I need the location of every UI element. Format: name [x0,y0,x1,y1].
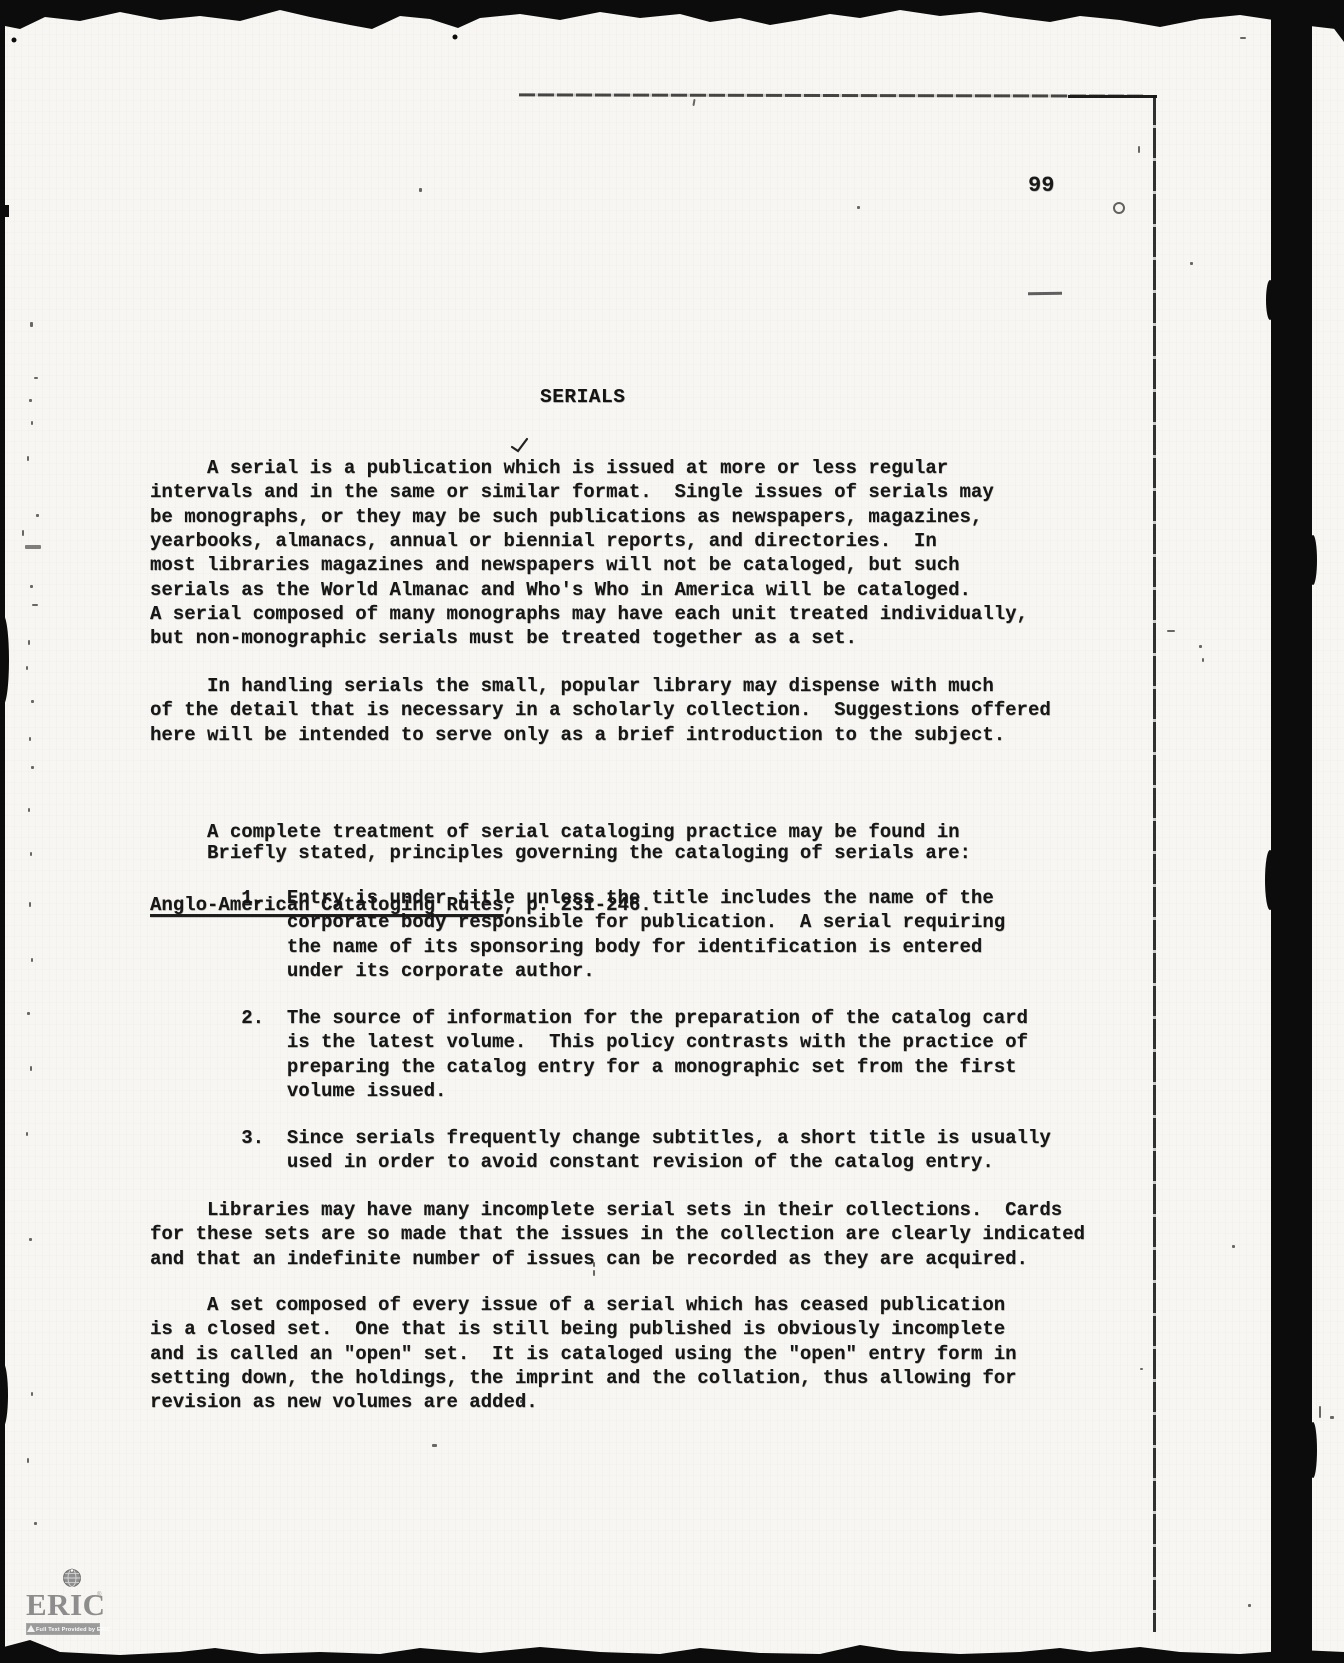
page-title: SERIALS [540,385,625,409]
scan-speck [432,1444,437,1447]
right-black-strip [1265,0,1344,1663]
scan-horizontal-line [519,93,1157,97]
scan-speck [28,808,30,812]
scan-speck [1167,630,1175,632]
scan-speck [593,1270,595,1276]
scan-speck [30,852,32,856]
scan-speck [1202,658,1204,662]
scan-dash-mark [1028,292,1062,296]
paragraph-handling: In handling serials the small, popular l… [150,674,1051,747]
scan-speck [36,514,39,517]
scan-speck [1240,37,1246,39]
scan-speck [29,1238,32,1241]
list-item-2: 2. The source of information for the pre… [150,1006,1028,1103]
scan-speck [22,530,24,536]
scan-speck [593,1262,595,1267]
scan-speck [30,585,33,588]
scan-speck [27,456,29,461]
eric-banner-triangle-icon [27,1625,35,1632]
eric-tagline-text: Full Text Provided by ERIC [36,1626,111,1632]
scan-speck [30,322,33,327]
scan-speck [857,206,860,209]
scan-speck [31,700,34,703]
scan-speck [31,766,34,769]
scan-speck [1190,262,1193,265]
scan-speck [30,1066,32,1071]
scan-speck [1330,1416,1334,1419]
eric-globe-icon [62,1568,82,1588]
check-squiggle-mark [512,439,527,451]
scan-speck [520,1400,523,1403]
eric-logo: ERIC ® Full Text Provided by ERIC [26,1566,112,1638]
paragraph-incomplete-sets: Libraries may have many incomplete seria… [150,1198,1085,1271]
scan-speck [28,640,30,645]
scan-ring-mark [1113,202,1125,214]
scan-speck [34,377,38,379]
scan-speck [1140,1368,1143,1370]
scan-horizontal-line-dark-segment [1068,95,1157,98]
scan-speck [31,421,33,425]
eric-wordmark: ERIC [26,1590,106,1620]
scan-speck [26,1132,28,1136]
scan-speck [29,737,31,741]
list-item-3: 3. Since serials frequently change subti… [150,1126,1051,1175]
scan-speck [1138,146,1140,153]
scan-speck [27,1012,30,1015]
scan-speck [25,545,41,549]
paragraph-intro: A serial is a publication which is issue… [150,456,1028,651]
page-number: 99 [1028,173,1054,198]
scan-speck [26,666,28,670]
scan-speck [27,1458,29,1463]
left-edge-bar [0,0,9,1663]
scan-speck [1199,645,1202,648]
eric-trademark-mark: ® [97,1592,101,1598]
eric-tagline-banner: Full Text Provided by ERIC [26,1623,100,1635]
scan-speck [32,604,38,606]
scan-speck [419,188,422,192]
scan-speck [1232,1245,1235,1248]
torn-edge-bottom [0,1640,1344,1663]
scan-speck [692,99,695,106]
paragraph-principles: Briefly stated, principles governing the… [150,841,971,865]
scan-speck [31,1392,33,1396]
scan-speck [1319,1406,1321,1418]
scan-speck [1248,1604,1251,1607]
torn-edge-top [0,0,1344,43]
scan-speck [29,902,31,907]
scan-vertical-line [1153,95,1156,1632]
scan-speck [31,958,33,962]
paragraph-open-closed-sets: A set composed of every issue of a seria… [150,1293,1017,1415]
scan-speck [29,399,32,402]
scanned-page: 99 SERIALS A serial is a publication whi… [0,0,1344,1663]
list-item-1: 1. Entry is under title unless the title… [150,886,1005,983]
scan-speck [34,1522,37,1525]
